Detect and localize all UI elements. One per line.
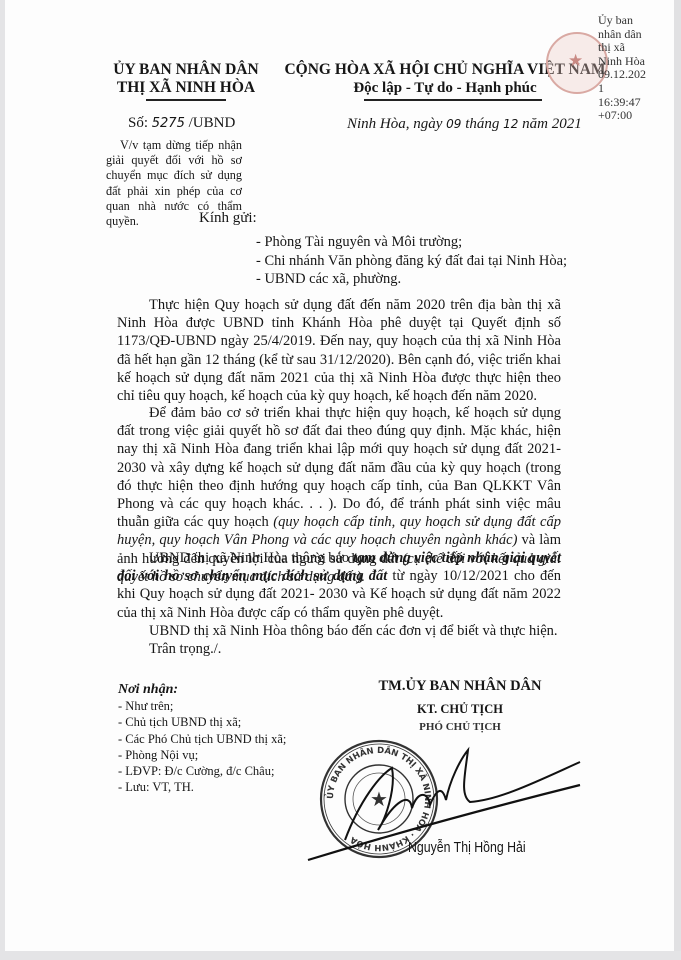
distribution-item: - Chủ tịch UBND thị xã; bbox=[118, 714, 286, 730]
digsig-line: nhân dân bbox=[598, 28, 660, 42]
digital-signature-info: Ủy ban nhân dân thị xã Ninh Hòa 09.12.20… bbox=[598, 14, 660, 123]
handwritten-signature bbox=[300, 730, 600, 880]
digsig-line: Ủy ban bbox=[598, 14, 660, 28]
recipient-item: - Chi nhánh Văn phòng đăng ký đất đai tạ… bbox=[256, 252, 567, 271]
digsig-line: thị xã bbox=[598, 41, 660, 55]
digsig-line: 1 bbox=[598, 82, 660, 96]
text-run: UBND thị xã Ninh Hòa thông báo bbox=[149, 550, 353, 566]
paragraph-5: Trân trọng./. bbox=[149, 640, 593, 658]
motto-underline bbox=[364, 99, 542, 101]
number-prefix: Số: bbox=[128, 115, 148, 131]
date-year: năm 2021 bbox=[522, 116, 582, 132]
salutation: Kính gửi: bbox=[199, 210, 257, 227]
digsig-line: Ninh Hòa bbox=[598, 55, 660, 69]
scrollbar[interactable] bbox=[674, 0, 681, 951]
number-value: 5275 bbox=[152, 116, 185, 131]
page-bottom-margin bbox=[0, 951, 681, 960]
document-date: Ninh Hòa, ngày 09 tháng 12 năm 2021 bbox=[347, 116, 582, 133]
paragraph-1: Thực hiện Quy hoạch sử dụng đất đến năm … bbox=[117, 296, 561, 405]
document-number: Số: 5275 /UBND bbox=[128, 115, 235, 132]
date-prefix: Ninh Hòa, ngày bbox=[347, 116, 442, 132]
distribution-item: - Lưu: VT, TH. bbox=[118, 779, 286, 795]
issuer-line-2: THỊ XÃ NINH HÒA bbox=[96, 79, 276, 97]
date-month-label: tháng bbox=[465, 116, 499, 132]
text-run: Để đảm bảo cơ sở triển khai thực hiện qu… bbox=[117, 405, 561, 530]
issuer-line-1: ỦY BAN NHÂN DÂN bbox=[96, 61, 276, 79]
paragraph-text: UBND thị xã Ninh Hòa thông báo tạm dừng … bbox=[117, 549, 561, 622]
distribution-item: - LĐVP: Đ/c Cường, đ/c Châu; bbox=[118, 763, 286, 779]
signature-on-behalf: TM.ỦY BAN NHÂN DÂN bbox=[345, 678, 575, 695]
distribution-title: Nơi nhận: bbox=[118, 682, 286, 698]
digsig-line: +07:00 bbox=[598, 109, 660, 123]
distribution-list: Nơi nhận: - Như trên; - Chủ tịch UBND th… bbox=[118, 682, 286, 795]
paragraph-3: UBND thị xã Ninh Hòa thông báo tạm dừng … bbox=[117, 549, 561, 622]
number-suffix: /UBND bbox=[189, 115, 236, 131]
issuer-header: ỦY BAN NHÂN DÂN THỊ XÃ NINH HÒA bbox=[96, 61, 276, 97]
paragraph-4: UBND thị xã Ninh Hòa thông báo đến các đ… bbox=[149, 622, 593, 640]
recipient-list: - Phòng Tài nguyên và Môi trường; - Chi … bbox=[256, 233, 567, 289]
paragraph-text: Thực hiện Quy hoạch sử dụng đất đến năm … bbox=[117, 296, 561, 405]
issuer-underline bbox=[146, 99, 226, 101]
distribution-item: - Các Phó Chủ tịch UBND thị xã; bbox=[118, 731, 286, 747]
digsig-line: 16:39:47 bbox=[598, 96, 660, 110]
date-month: 12 bbox=[503, 117, 518, 131]
digsig-line: 09.12.202 bbox=[598, 68, 660, 82]
recipient-item: - Phòng Tài nguyên và Môi trường; bbox=[256, 233, 567, 252]
signature-kt: KT. CHỦ TỊCH bbox=[345, 702, 575, 717]
recipient-item: - UBND các xã, phường. bbox=[256, 270, 567, 289]
distribution-item: - Như trên; bbox=[118, 698, 286, 714]
distribution-item: - Phòng Nội vụ; bbox=[118, 747, 286, 763]
date-day: 09 bbox=[446, 117, 461, 131]
signer-name: Nguyễn Thị Hồng Hải bbox=[408, 840, 526, 856]
